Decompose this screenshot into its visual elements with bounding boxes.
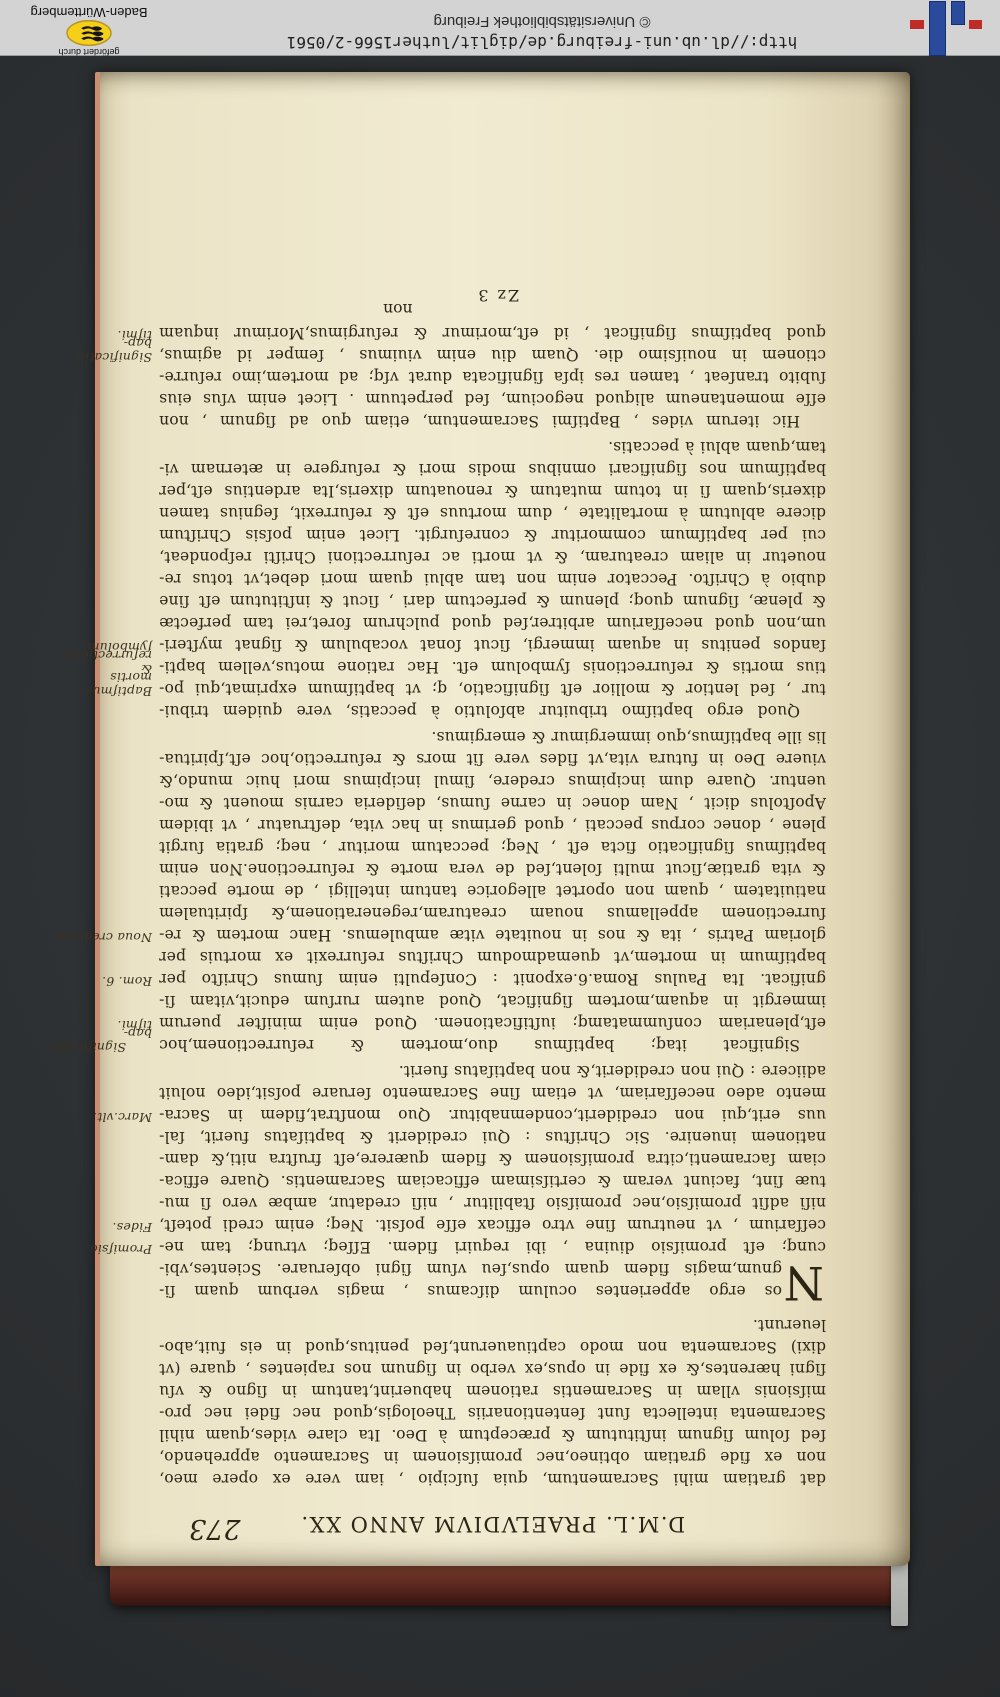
drop-cap-initial: N: [784, 1261, 824, 1305]
page-body-text: dat gratiam mihi Sacramentum, quia ſuſci…: [159, 322, 826, 1490]
text-line: non ex fide gratiam obtineo,nec promiſsi…: [159, 1446, 826, 1468]
running-head-title: D.M.L. PRAELVDIVM ANNO XX.: [300, 1512, 685, 1536]
text-line: um,non quod neceſſarium arbitrer,ſed quo…: [159, 612, 826, 634]
text-line: ſigni hærentes,& ex fide in opus,ex verb…: [159, 1358, 826, 1380]
text-line: baptiſmum nos ſignificari omnibus modis …: [159, 458, 826, 480]
text-line: dubio à Chriſto. Peccator enim non tam a…: [159, 568, 826, 590]
text-line: dixi) Sacramenta non modo captiuauerunt,…: [159, 1336, 826, 1358]
text-line: quod baptiſmus ſignificat , id eſt,morim…: [159, 322, 826, 344]
crop-mark-logo: [910, 1, 982, 55]
text-line: ſed ſolum ſignum inſtitutum & præceptum …: [159, 1424, 826, 1446]
text-line: Significat itaq; baptiſmus duo,mortem & …: [159, 1034, 826, 1056]
page-foot: non Zz 3: [159, 274, 826, 318]
page-number: 273: [189, 1513, 241, 1544]
library-header-bar: http://dl.ub.uni-freiburg.de/diglit/luth…: [0, 0, 1000, 56]
scanned-page: D.M.L. PRAELVDIVM ANNO XX. 273 dat grati…: [95, 72, 910, 1566]
text-line: baptiſmus ſignificatio ficta eſt , Neq; …: [159, 836, 826, 858]
baden-wuerttemberg-arms-icon: [66, 20, 112, 46]
text-line: Sacramenta intellecta ſunt ſententionari…: [159, 1402, 826, 1424]
text-line: gnificat. Ita Paulus Roma.6.exponit : Co…: [159, 968, 826, 990]
paragraph: Significat itaq; baptiſmus duo,mortem & …: [159, 726, 826, 1056]
text-line: ſubito tranſeat , tamen res ipſa ſignifi…: [159, 366, 826, 388]
blue-bar-tall-icon: [929, 1, 946, 56]
text-line: uentur. Quare dum incipimus credere, ſim…: [159, 770, 826, 792]
text-line: baptiſmum in mortem,vt quemadmodum Chriſ…: [159, 946, 826, 968]
red-dash-right-icon: [969, 20, 982, 29]
signature-mark: Zz 3: [476, 286, 519, 305]
text-line: lis ille baptiſmus,quo immergimur & emer…: [159, 726, 826, 748]
copyright-line: © Universitätsbibliothek Freiburg: [287, 13, 798, 30]
text-line: ſandos penitus in aquam immergi, ſicut ſ…: [159, 634, 826, 656]
text-line: ciam ſacramenti,citra promiſsionem & fid…: [159, 1148, 826, 1170]
text-line: os ergo apperientes oculum diſcamus , ma…: [159, 1280, 782, 1302]
text-line: leuerunt.: [159, 1314, 826, 1336]
paragraph: dat gratiam mihi Sacramentum, quia ſuſci…: [159, 1314, 826, 1490]
book-cover-edge: [110, 1560, 906, 1606]
funding-logo: gefördert durch Baden-Württemberg: [14, 5, 164, 57]
text-line: Apoſtolus dicit , Nam donec in carne ſum…: [159, 792, 826, 814]
text-line: eſt,plenariam conſummatamq; iuſtificatio…: [159, 1012, 826, 1034]
text-line: natiuitatem , quam non oportet allegoric…: [159, 880, 826, 902]
text-line: ceſſarium , vt neutrum ſine vtro efficax…: [159, 1214, 826, 1236]
margin-note: tiſmi.: [50, 1018, 152, 1032]
printed-page: D.M.L. PRAELVDIVM ANNO XX. 273 dat grati…: [100, 72, 910, 1566]
text-line: viuere Deo in futura vita,vt fides vere …: [159, 748, 826, 770]
paragraph: Nos ergo apperientes oculum diſcamus , m…: [159, 1060, 826, 1302]
text-line: ctionem in nouiſsimo die. Quam diu enim …: [159, 344, 826, 366]
margin-note: Noua creatura.: [50, 930, 152, 944]
text-line: mento adeo neceſſariam, vt etiam ſine Sa…: [159, 1082, 826, 1104]
funding-caption: gefördert durch: [14, 47, 164, 57]
blue-bar-short-icon: [951, 1, 965, 25]
page-rotated-content: D.M.L. PRAELVDIVM ANNO XX. 273 dat grati…: [100, 72, 910, 1566]
text-line: dixeris,quam ſi in totum mutatum & renou…: [159, 480, 826, 502]
margin-note: Marc.vlt.: [50, 1110, 152, 1124]
text-line: dat gratiam mihi Sacramentum, quia ſuſci…: [159, 1468, 826, 1490]
text-line: gnum,magis fidem quam opus,ſeu vſum ſign…: [159, 1258, 782, 1280]
margin-note: Promiſsio.: [50, 1242, 152, 1256]
margin-note: Fides.: [50, 1220, 152, 1234]
text-line: nouetur in aliam creaturam, & vt morti a…: [159, 546, 826, 568]
text-line: Quod ergo baptiſmo tribuitur abſolutio à…: [159, 700, 826, 722]
digitized-book-scan: http://dl.ub.uni-freiburg.de/diglit/luth…: [0, 0, 1000, 1697]
text-line: nationem inuenire. Sic Chriſtus : Qui cr…: [159, 1126, 826, 1148]
text-line: tur , ſed lentior & mollior eſt ſignific…: [159, 678, 826, 700]
text-line: cui per baptiſmum commoritur & conreſurg…: [159, 524, 826, 546]
red-dash-left-icon: [910, 20, 924, 29]
document-url: http://dl.ub.uni-freiburg.de/diglit/luth…: [287, 33, 798, 52]
text-line: ſurrectionem appellamus nouam creaturam,…: [159, 902, 826, 924]
header-titles: http://dl.ub.uni-freiburg.de/diglit/luth…: [287, 13, 798, 52]
running-head: D.M.L. PRAELVDIVM ANNO XX. 273: [159, 1506, 826, 1540]
text-line: Hic iterum vides , Baptiſmi Sacramentum,…: [159, 410, 826, 432]
text-line: dicere ablutum à mortalitate , dum mortu…: [159, 502, 826, 524]
catchword: non: [383, 300, 412, 318]
text-line: niſi adſit promiſsio,nec promiſsio ſtabi…: [159, 1192, 826, 1214]
text-line: & vita gratiæ,ſicut multi ſolent,ſed de …: [159, 858, 826, 880]
margin-note: ſymbolum.: [50, 640, 152, 654]
text-line: uus erit,qui non crediderit,condemnabitu…: [159, 1104, 826, 1126]
text-line: cunq; eſt promiſsio diuina , ibi requiri…: [159, 1236, 826, 1258]
paragraph: Quod ergo baptiſmo tribuitur abſolutio à…: [159, 436, 826, 722]
margin-note: tiſmi.: [50, 328, 152, 342]
text-line: miſsionis vllam in Sacramentis rationem …: [159, 1380, 826, 1402]
text-line: tius mortis & reſurrectionis ſymbolum eſ…: [159, 656, 826, 678]
text-line: tam,quam ablui à peccatis.: [159, 436, 826, 458]
margin-note: Rom. 6.: [50, 974, 152, 988]
text-line: adiicere : Qui non crediderit,& non bapt…: [159, 1060, 826, 1082]
text-line: & plenæ, ſignum quoq; plenum & perfectum…: [159, 590, 826, 612]
header-rotated-content: http://dl.ub.uni-freiburg.de/diglit/luth…: [0, 0, 1000, 55]
text-line: plene , donec corpus peccati , quod geri…: [159, 814, 826, 836]
text-line: tuæ ſint, faciunt veram & certiſsimam ef…: [159, 1170, 826, 1192]
text-line: gloriam Patris , ita & nos in nouitate v…: [159, 924, 826, 946]
funding-region: Baden-Württemberg: [14, 5, 164, 19]
paragraph: Hic iterum vides , Baptiſmi Sacramentum,…: [159, 322, 826, 432]
text-line: immergit in aquam,mortem ſignificat, Quo…: [159, 990, 826, 1012]
text-line: eſſe momentaneum aliquod negocium, ſed p…: [159, 388, 826, 410]
